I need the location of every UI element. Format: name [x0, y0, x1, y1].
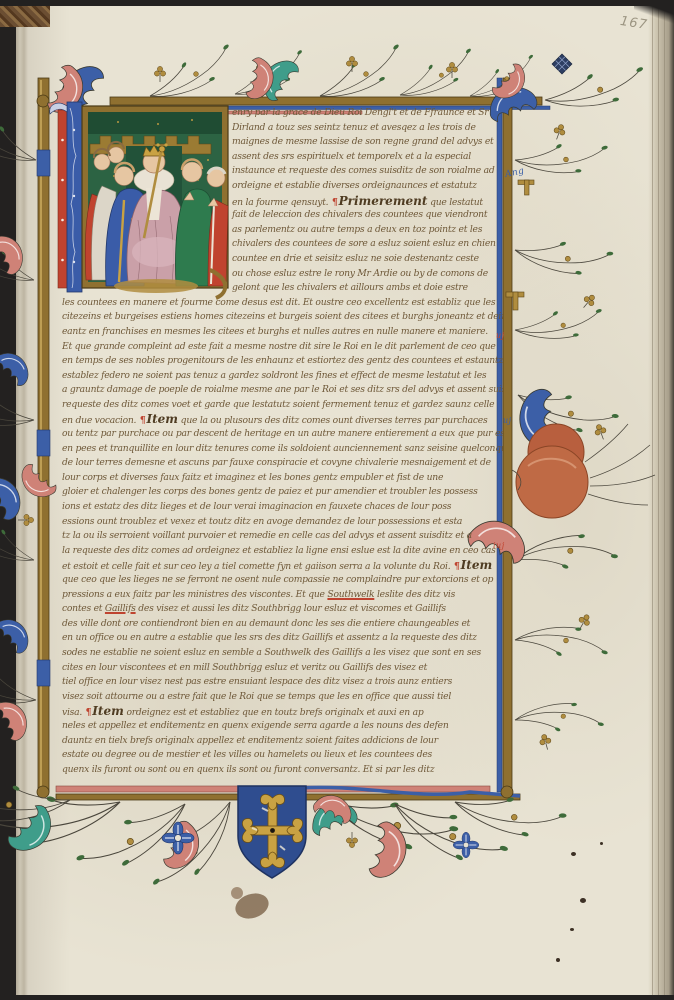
- parchment-speck: [570, 928, 574, 931]
- text-line: en la fourme qensuyt. ¶Primerement que l…: [232, 194, 503, 209]
- text-line: Et que grande compleint ad este fait a m…: [62, 340, 503, 355]
- text-line: lour corps et diverses faux faitz et ima…: [62, 471, 503, 486]
- manuscript-photo: 167 enry par la grace de Dieu Roi Dengl'…: [0, 0, 674, 1000]
- parchment-speck: [556, 958, 560, 962]
- text-line: countee en drie et seisitz esluz ne soie…: [232, 252, 503, 267]
- text-line: ou tentz par purchace ou par descent de …: [62, 427, 503, 442]
- text-line: instaunce et requeste des comes suisditz…: [232, 164, 503, 179]
- parchment-speck: [580, 898, 586, 903]
- text-line: en un office ou en autre a establie que …: [62, 631, 503, 646]
- text-line: en due vocacion. ¶Item que la ou plusour…: [62, 412, 503, 427]
- marginal-note: uj: [503, 416, 512, 425]
- text-line: eantz en franchises en mesmes les citees…: [62, 325, 503, 340]
- parchment-speck: [600, 842, 603, 845]
- text-line: pressions a eux faitz par les ministres …: [62, 588, 503, 603]
- text-line: maignes de mesme lassise de son regne gr…: [232, 135, 503, 150]
- text-line: les countees en manere et fourme come de…: [62, 296, 503, 311]
- text-line: requeste des ditz comes voet et garde qu…: [62, 398, 503, 413]
- text-line: cites en lour viscontees et en mill Sout…: [62, 661, 503, 676]
- marginal-note: uj: [496, 331, 505, 340]
- text-line: ou chose esluz estre le rony Mr Ardie ou…: [232, 267, 503, 282]
- text-line: contes et Gaillifs des visez et aussi le…: [62, 602, 503, 617]
- text-line: visez soit attourne ou a estre fait que …: [62, 690, 503, 705]
- text-line: Dirland a touz ses seintz tenuz et avesq…: [232, 121, 503, 136]
- gold-tau-motif: [518, 180, 534, 195]
- text-line: enry par la grace de Dieu Roi Dengl't et…: [232, 106, 503, 121]
- text-line: en temps de ses nobles progenitours de l…: [62, 354, 503, 369]
- dark-knot-motif: [552, 54, 572, 74]
- text-line: gelont que les chivalers et aillours amb…: [232, 281, 503, 296]
- text-line: dauntz en tielx brefs originalx appellez…: [62, 734, 503, 749]
- text-block: enry par la grace de Dieu Roi Dengl't et…: [62, 106, 503, 782]
- text-line: visa. ¶Item ordeignez est et establiez q…: [62, 704, 503, 719]
- coat-of-arms-shield: [231, 786, 306, 923]
- text-line: essions ount troublez et vexez et toutz …: [62, 515, 503, 530]
- text-line: tz la ou ils serroient voillant purvoier…: [62, 529, 503, 544]
- text-line: estate ou degree ou de mestier et les vi…: [62, 748, 503, 763]
- text-line: as parlementz ou autre temps a deux en t…: [232, 223, 503, 238]
- text-line: tiel office en lour visez nest pas estre…: [62, 675, 503, 690]
- text-line: gloier et chalenger les corps des bones …: [62, 485, 503, 500]
- parchment-speck: [571, 852, 576, 856]
- text-line: que ceo que les lieges ne se ferront ne …: [62, 573, 503, 588]
- text-line: des ville dont ore contiendront bien en …: [62, 617, 503, 632]
- text-line: establez federo ne soient pas tenuz a ga…: [62, 369, 503, 384]
- text-line: fait de leleccion des chivalers des coun…: [232, 208, 503, 223]
- text-line: neles et appellez et enditementz en quen…: [62, 719, 503, 734]
- text-line: de lour terres demesne et ascuns par fau…: [62, 456, 503, 471]
- text-line: ordeigne et establie diverses ordeignaun…: [232, 179, 503, 194]
- text-line: citezeins et burgeises estiens homes cit…: [62, 310, 503, 325]
- text-line: assent des srs espirituelx et temporelx …: [232, 150, 503, 165]
- text-line: a grauntz damage de poeple de roialme me…: [62, 383, 503, 398]
- marginal-note: iuj: [493, 541, 505, 550]
- text-line: ions et estatz des ditz lieges et de lou…: [62, 500, 503, 515]
- text-line: quenx ils furont ou sont ou en quenx ils…: [62, 763, 503, 778]
- text-line: chivalers des countees de sore a esluz s…: [232, 237, 503, 252]
- text-line: en pees et tranquillite en lour ditz ten…: [62, 442, 503, 457]
- text-line: sodes ne establie ne soient esluz en sem…: [62, 646, 503, 661]
- text-line: la requeste des ditz comes ad ordeignez …: [62, 544, 503, 559]
- text-line: et estoit et celle fait et sur ceo ley a…: [62, 558, 503, 573]
- orb-motif: [512, 424, 655, 518]
